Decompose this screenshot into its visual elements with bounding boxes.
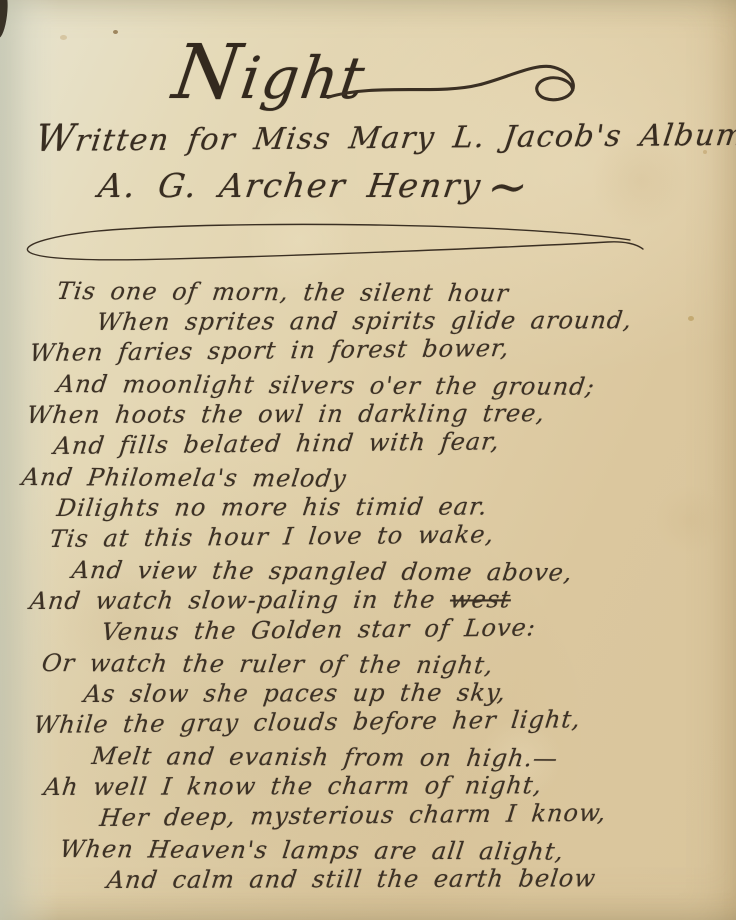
poem-body: Tis one of morn, the silent hourWhen spr… (0, 276, 736, 896)
author-line: A. G. Archer Henry~ (96, 166, 533, 205)
manuscript-page: Night Written for Miss Mary L. Jacob's A… (0, 0, 736, 920)
ink-smudge (0, 0, 10, 38)
paper-speck (113, 30, 118, 34)
poem-line: And fills belated hind with fear, (52, 424, 736, 462)
poem-line: And calm and still the earth below (105, 863, 736, 896)
poem-line: When faries sport in forest bower, (28, 331, 736, 369)
poem-line-text: And watch slow-paling in the (28, 586, 452, 615)
poem-line: While the gray clouds before her light, (32, 703, 736, 741)
divider-flourish-icon (14, 216, 648, 270)
struck-word: west (448, 585, 512, 613)
signature-swash-icon: ~ (484, 159, 534, 215)
poem-line: Venus the Golden star of Love: (100, 610, 736, 648)
dedication-line: Written for Miss Mary L. Jacob's Album b… (33, 109, 736, 160)
author-name: A. G. Archer Henry (96, 166, 485, 205)
title-flourish-icon (322, 56, 594, 118)
poem-line: Tis at this hour I love to wake, (48, 517, 736, 555)
paper-speck (60, 35, 67, 40)
poem-line: Her deep, mysterious charm I know, (98, 796, 736, 834)
